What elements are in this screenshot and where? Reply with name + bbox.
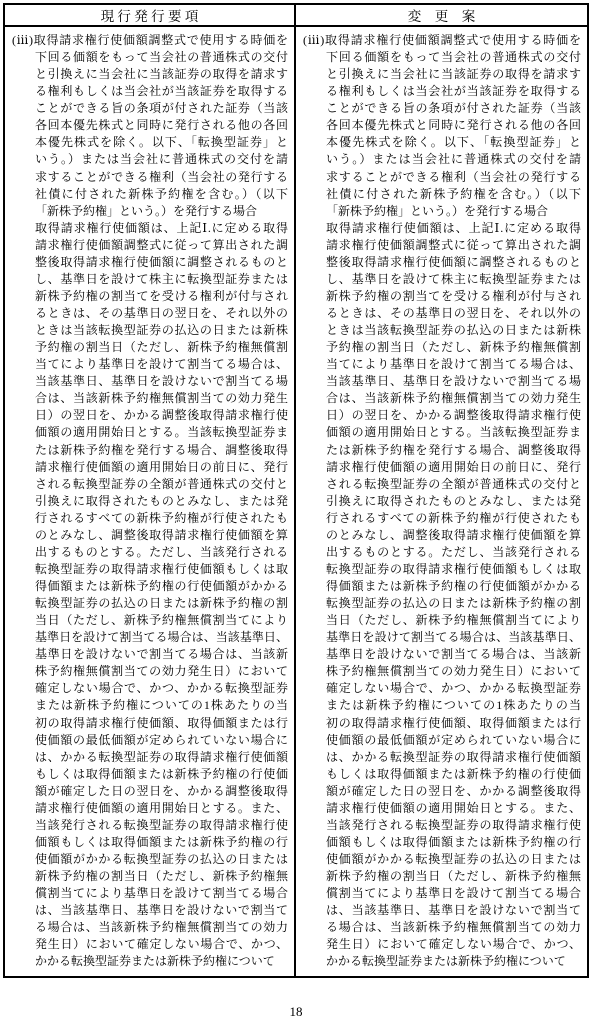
text-line: 当日（ただし、新株予約権無償割当てにより: [12, 612, 288, 629]
text-line: もしくは取得価額または新株予約権の行使価: [12, 766, 288, 783]
text-line: し、基準日を設けて株主に転換型証券または: [12, 271, 288, 288]
text-line: 行されるすべての新株予約権が行使されたも: [303, 510, 581, 527]
text-line: と引換えに当会社に当該証券の取得を請求す: [303, 66, 581, 83]
text-line: 取得請求権行使価額は、上記Ⅰ.に定める取得: [12, 220, 288, 237]
text-line: る権利もしくは当会社が当該証券を取得する: [303, 83, 581, 100]
text-line: し、基準日を設けて株主に転換型証券または: [303, 271, 581, 288]
text-line: 請求権行使価額の適用開始日とする。また、: [303, 800, 581, 817]
text-line: いう。）または当会社に普通株式の交付を請: [303, 151, 581, 168]
text-line: る権利もしくは当会社が当該証券を取得する: [12, 83, 288, 100]
text-line: 日）の翌日を、かかる調整後取得請求権行使: [303, 407, 581, 424]
text-line: 日）の翌日を、かかる調整後取得請求権行使: [12, 407, 288, 424]
text-line: 使価額の最低価額が定められていない場合に: [303, 732, 581, 749]
text-line: かかる転換型証券または新株予約権について: [303, 953, 581, 970]
text-line: 初の取得請求権行使価額、取得価額または行: [12, 715, 288, 732]
text-line: 基準日を設けないで割当てる場合は、当該新: [12, 646, 288, 663]
text-line: 取得請求権行使価額は、上記Ⅰ.に定める取得: [303, 220, 581, 237]
text-line: たは新株予約権を発行する場合、調整後取得: [12, 442, 288, 459]
text-line: 当該発行される転換型証券の取得請求権行使: [303, 817, 581, 834]
text-line: 「新株予約権」という。）を発行する場合: [303, 203, 581, 220]
text-line: (ⅲ)取得請求権行使価額調整式で使用する時価を: [12, 32, 288, 49]
text-line: と引換えに当会社に当該証券の取得を請求す: [12, 66, 288, 83]
text-line: される転換型証券の全額が普通株式の交付と: [303, 476, 581, 493]
proposed-change-header: 変 更 案: [296, 5, 587, 27]
text-line: 初の取得請求権行使価額、取得価額または行: [303, 715, 581, 732]
text-line: 整後取得請求権行使価額に調整されるものと: [303, 254, 581, 271]
text-line: 基準日を設けないで割当てる場合は、当該新: [303, 646, 581, 663]
text-line: のとみなし、調整後取得請求権行使価額を算: [303, 527, 581, 544]
text-line: 合は、当該新株予約権無償割当ての効力発生: [303, 390, 581, 407]
paragraph: 取得請求権行使価額は、上記Ⅰ.に定める取得請求権行使価額調整式に従って算出された…: [12, 220, 288, 971]
text-line: 転換型証券の払込の日または新株予約権の割: [303, 595, 581, 612]
text-line: 本優先株式を除く。以下、「転換型証券」と: [303, 134, 581, 151]
text-line: るときは、その基準日の翌日を、それ以外の: [12, 305, 288, 322]
text-line: 「新株予約権」という。）を発行する場合: [12, 203, 288, 220]
text-line: 請求権行使価額調整式に従って算出された調: [12, 237, 288, 254]
text-line: 当該発行される転換型証券の取得請求権行使: [12, 817, 288, 834]
text-line: かかる転換型証券または新株予約権について: [12, 953, 288, 970]
text-line: (ⅲ)取得請求権行使価額調整式で使用する時価を: [303, 32, 581, 49]
text-line: は、かかる転換型証券の取得請求権行使価額: [12, 749, 288, 766]
text-line: 行されるすべての新株予約権が行使されたも: [12, 510, 288, 527]
text-line: 予約権の割当日（ただし、新株予約権無償割: [12, 339, 288, 356]
text-line: ときは当該転換型証券の払込の日または新株: [12, 322, 288, 339]
proposed-change-body: (ⅲ)取得請求権行使価額調整式で使用する時価を下回る価額をもって当会社の普通株式…: [296, 27, 587, 976]
text-line: たは新株予約権を発行する場合、調整後取得: [303, 442, 581, 459]
text-line: ことができる旨の条項が付された証券（当該: [303, 100, 581, 117]
current-terms-header: 現 行 発 行 要 項: [5, 5, 294, 27]
paragraph: (ⅲ)取得請求権行使価額調整式で使用する時価を下回る価額をもって当会社の普通株式…: [12, 32, 288, 220]
text-line: 下回る価額をもって当会社の普通株式の交付: [12, 49, 288, 66]
text-line: 得価額または新株予約権の行使価額がかかる: [12, 578, 288, 595]
text-line: 新株予約権の割当てを受ける権利が付与され: [12, 288, 288, 305]
proposed-change-column: 変 更 案 (ⅲ)取得請求権行使価額調整式で使用する時価を下回る価額をもって当会…: [296, 5, 587, 976]
text-line: 請求権行使価額の適用開始日の前日に、発行: [303, 459, 581, 476]
text-line: は、当該基準日、基準日を設けないで割当て: [12, 902, 288, 919]
text-line: 当該基準日、基準日を設けないで割当てる場: [12, 373, 288, 390]
text-line: 当てにより基準日を設けて割当てる場合は、: [303, 356, 581, 373]
text-line: 価額の適用開始日とする。当該転換型証券ま: [303, 424, 581, 441]
text-line: 発生日）において確定しない場合で、かつ、: [303, 936, 581, 953]
text-line: ときは当該転換型証券の払込の日または新株: [303, 322, 581, 339]
text-line: いう。）または当会社に普通株式の交付を請: [12, 151, 288, 168]
text-line: 出するものとする。ただし、当該発行される: [12, 544, 288, 561]
text-line: または新株予約権についての1株あたりの当: [12, 697, 288, 714]
text-line: 確定しない場合で、かつ、かかる転換型証券: [12, 680, 288, 697]
text-line: は、当該基準日、基準日を設けないで割当て: [303, 902, 581, 919]
text-line: 整後取得請求権行使価額に調整されるものと: [12, 254, 288, 271]
document-page: 現 行 発 行 要 項 (ⅲ)取得請求権行使価額調整式で使用する時価を下回る価額…: [0, 0, 592, 1024]
paragraph: 取得請求権行使価額は、上記Ⅰ.に定める取得請求権行使価額調整式に従って算出された…: [303, 220, 581, 971]
text-line: 得価額または新株予約権の行使価額がかかる: [303, 578, 581, 595]
text-line: 社債に付された新株予約権を含む。）（以下: [303, 186, 581, 203]
text-line: 各回本優先株式と同時に発行される他の各回: [303, 117, 581, 134]
text-line: または新株予約権についての1株あたりの当: [303, 697, 581, 714]
text-line: 請求権行使価額の適用開始日の前日に、発行: [12, 459, 288, 476]
current-terms-column: 現 行 発 行 要 項 (ⅲ)取得請求権行使価額調整式で使用する時価を下回る価額…: [5, 5, 296, 976]
text-line: 引換えに取得されたものとみなし、または発: [12, 493, 288, 510]
text-line: 使価額がかかる転換型証券の払込の日または: [303, 851, 581, 868]
text-line: 当日（ただし、新株予約権無償割当てにより: [303, 612, 581, 629]
text-line: 社債に付された新株予約権を含む。）（以下: [12, 186, 288, 203]
text-line: 新株予約権の割当てを受ける権利が付与され: [303, 288, 581, 305]
text-line: 転換型証券の取得請求権行使価額もしくは取: [303, 561, 581, 578]
text-line: 転換型証券の払込の日または新株予約権の割: [12, 595, 288, 612]
comparison-table: 現 行 発 行 要 項 (ⅲ)取得請求権行使価額調整式で使用する時価を下回る価額…: [3, 3, 589, 978]
text-line: 出するものとする。ただし、当該発行される: [303, 544, 581, 561]
text-line: 新株予約権の割当日（ただし、新株予約権無: [12, 868, 288, 885]
text-line: 価額の適用開始日とする。当該転換型証券ま: [12, 424, 288, 441]
text-line: される転換型証券の全額が普通株式の交付と: [12, 476, 288, 493]
text-line: 株予約権無償割当ての効力発生日）において: [303, 663, 581, 680]
text-line: 償割当てにより基準日を設けて割当てる場合: [303, 885, 581, 902]
text-line: 額が確定した日の翌日を、かかる調整後取得: [12, 783, 288, 800]
text-line: る場合は、当該新株予約権無償割当ての効力: [303, 919, 581, 936]
text-line: 価額もしくは取得価額または新株予約権の行: [303, 834, 581, 851]
text-line: 当該基準日、基準日を設けないで割当てる場: [303, 373, 581, 390]
text-line: 各回本優先株式と同時に発行される他の各回: [12, 117, 288, 134]
text-line: 合は、当該新株予約権無償割当ての効力発生: [12, 390, 288, 407]
text-line: もしくは取得価額または新株予約権の行使価: [303, 766, 581, 783]
current-terms-body: (ⅲ)取得請求権行使価額調整式で使用する時価を下回る価額をもって当会社の普通株式…: [5, 27, 294, 976]
text-line: 基準日を設けて割当てる場合は、当該基準日、: [303, 629, 581, 646]
text-line: 当てにより基準日を設けて割当てる場合は、: [12, 356, 288, 373]
text-line: のとみなし、調整後取得請求権行使価額を算: [12, 527, 288, 544]
text-line: 予約権の割当日（ただし、新株予約権無償割: [303, 339, 581, 356]
text-line: 請求権行使価額調整式に従って算出された調: [303, 237, 581, 254]
text-line: るときは、その基準日の翌日を、それ以外の: [303, 305, 581, 322]
text-line: 発生日）において確定しない場合で、かつ、: [12, 936, 288, 953]
text-line: 価額もしくは取得価額または新株予約権の行: [12, 834, 288, 851]
text-line: 株予約権無償割当ての効力発生日）において: [12, 663, 288, 680]
text-line: 下回る価額をもって当会社の普通株式の交付: [303, 49, 581, 66]
text-line: は、かかる転換型証券の取得請求権行使価額: [303, 749, 581, 766]
text-line: 基準日を設けて割当てる場合は、当該基準日、: [12, 629, 288, 646]
text-line: 引換えに取得されたものとみなし、または発: [303, 493, 581, 510]
text-line: 額が確定した日の翌日を、かかる調整後取得: [303, 783, 581, 800]
text-line: 使価額がかかる転換型証券の払込の日または: [12, 851, 288, 868]
text-line: 確定しない場合で、かつ、かかる転換型証券: [303, 680, 581, 697]
text-line: 転換型証券の取得請求権行使価額もしくは取: [12, 561, 288, 578]
text-line: 請求権行使価額の適用開始日とする。また、: [12, 800, 288, 817]
text-line: 求することができる権利（当会社の発行する: [303, 169, 581, 186]
text-line: 本優先株式を除く。以下、「転換型証券」と: [12, 134, 288, 151]
paragraph: (ⅲ)取得請求権行使価額調整式で使用する時価を下回る価額をもって当会社の普通株式…: [303, 32, 581, 220]
text-line: 求することができる権利（当会社の発行する: [12, 169, 288, 186]
text-line: ことができる旨の条項が付された証券（当該: [12, 100, 288, 117]
text-line: 使価額の最低価額が定められていない場合に: [12, 732, 288, 749]
page-number: 18: [0, 1004, 592, 1020]
text-line: 新株予約権の割当日（ただし、新株予約権無: [303, 868, 581, 885]
text-line: 償割当てにより基準日を設けて割当てる場合: [12, 885, 288, 902]
text-line: る場合は、当該新株予約権無償割当ての効力: [12, 919, 288, 936]
